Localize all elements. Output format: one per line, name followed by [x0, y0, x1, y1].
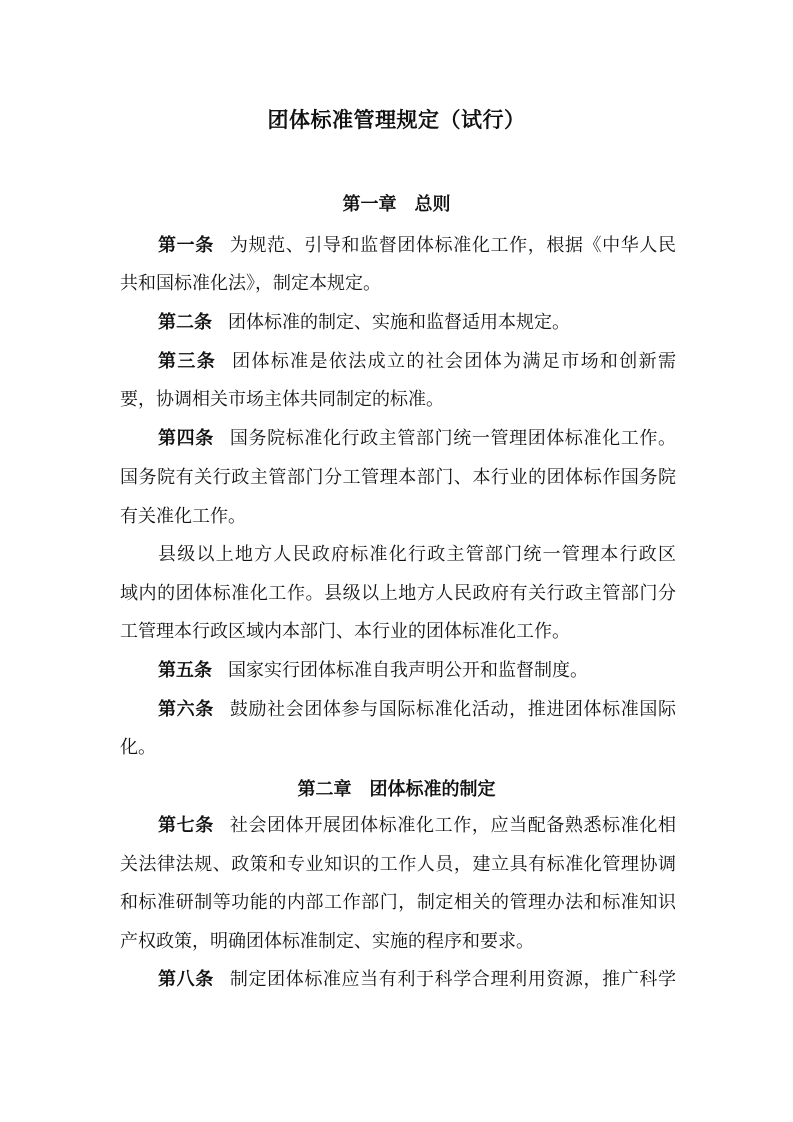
article-text: 团体标准是依法成立的社会团体为满足市场和创新需: [232, 351, 676, 372]
article-text: 国家实行团体标准自我声明公开和监督制度。: [228, 660, 588, 681]
article-text: 社会团体开展团体标准化工作，应当配备熟悉标准化相: [230, 815, 676, 836]
article-label: 第八条: [158, 969, 214, 990]
chapter-heading-2: 第二章 团体标准的制定: [0, 775, 793, 801]
article-5-line-1: 第五条国家实行团体标准自我声明公开和监督制度。: [158, 658, 676, 684]
article-label: 第二条: [158, 312, 212, 333]
article-label: 第三条: [158, 351, 216, 372]
article-1-line-1: 第一条为规范、引导和监督团体标准化工作，根据《中华人民: [158, 233, 676, 259]
article-4-line-2: 国务院有关行政主管部门分工管理本部门、本行业的团体标作国务院: [120, 465, 676, 491]
article-text: 团体标准的制定、实施和监督适用本规定。: [228, 312, 570, 333]
document-page: 团体标准管理规定（试行） 第一章 总则 第一条为规范、引导和监督团体标准化工作，…: [0, 0, 793, 1122]
article-text: 制定团体标准应当有利于科学合理利用资源，推广科学: [230, 969, 676, 990]
article-label: 第七条: [158, 815, 214, 836]
article-3-line-1: 第三条团体标准是依法成立的社会团体为满足市场和创新需: [158, 349, 676, 375]
article-label: 第五条: [158, 660, 212, 681]
article-text: 国务院标准化行政主管部门统一管理团体标准化工作。: [230, 428, 676, 449]
article-2-line-1: 第二条团体标准的制定、实施和监督适用本规定。: [158, 310, 676, 336]
article-7-line-2: 关法律法规、政策和专业知识的工作人员，建立具有标准化管理协调: [120, 852, 676, 878]
article-7-line-1: 第七条社会团体开展团体标准化工作，应当配备熟悉标准化相: [158, 813, 676, 839]
article-4-line-3: 有关准化工作。: [120, 504, 676, 530]
article-6-line-1: 第六条鼓励社会团体参与国际标准化活动，推进团体标准国际: [158, 697, 676, 723]
chapter-heading-1: 第一章 总则: [0, 190, 793, 216]
article-4-para2-line-3: 工管理本行政区域内本部门、本行业的团体标准化工作。: [120, 619, 676, 645]
article-1-line-2: 共和国标准化法》，制定本规定。: [120, 271, 676, 297]
article-4-line-1: 第四条国务院标准化行政主管部门统一管理团体标准化工作。: [158, 426, 676, 452]
article-text: 鼓励社会团体参与国际标准化活动，推进团体标准国际: [230, 699, 676, 720]
article-label: 第四条: [158, 428, 214, 449]
article-text: 为规范、引导和监督团体标准化工作，根据《中华人民: [230, 235, 676, 256]
article-4-para2-line-1: 县级以上地方人民政府标准化行政主管部门统一管理本行政区: [158, 542, 676, 568]
article-label: 第六条: [158, 699, 214, 720]
article-6-line-2: 化。: [120, 735, 676, 761]
article-4-para2-line-2: 域内的团体标准化工作。县级以上地方人民政府有关行政主管部门分: [120, 581, 676, 607]
article-label: 第一条: [158, 235, 214, 256]
article-8-line-1: 第八条制定团体标准应当有利于科学合理利用资源，推广科学: [158, 967, 676, 993]
article-7-line-3: 和标准研制等功能的内部工作部门，制定相关的管理办法和标准知识: [120, 890, 676, 916]
article-3-line-2: 要，协调相关市场主体共同制定的标准。: [120, 387, 676, 413]
document-title: 团体标准管理规定（试行）: [0, 104, 793, 134]
article-7-line-4: 产权政策，明确团体标准制定、实施的程序和要求。: [120, 929, 676, 955]
